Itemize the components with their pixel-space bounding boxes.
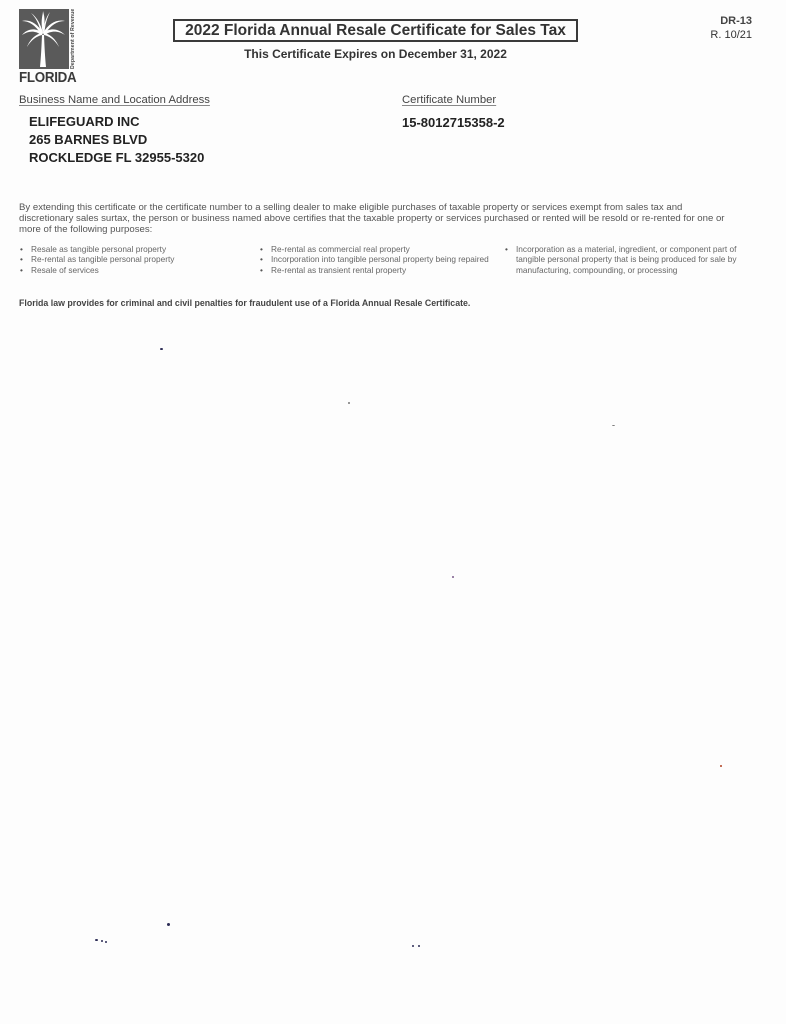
- scan-speck: [412, 945, 414, 947]
- florida-wordmark: FLORIDA: [19, 70, 74, 86]
- certificate-page: Department of Revenue FLORIDA 2022 Flori…: [0, 0, 786, 1024]
- scan-speck: [167, 923, 170, 926]
- scan-speck: [105, 941, 107, 943]
- scan-speck: [95, 939, 98, 941]
- certification-statement: By extending this certificate or the cer…: [19, 202, 739, 236]
- florida-dor-logo: Department of Revenue FLORIDA: [19, 9, 79, 87]
- certificate-title: 2022 Florida Annual Resale Certificate f…: [185, 22, 566, 40]
- purposes-list-column-2: Re-rental as commercial real property In…: [259, 244, 499, 275]
- scan-speck: [612, 425, 615, 426]
- scan-speck: [452, 576, 454, 578]
- purpose-item: Incorporation as a material, ingredient,…: [504, 244, 744, 275]
- fraud-penalty-warning: Florida law provides for criminal and ci…: [19, 298, 470, 308]
- scan-speck: [720, 765, 722, 767]
- palm-tree-icon: [19, 9, 69, 69]
- scan-speck: [418, 945, 420, 947]
- purpose-item: Re-rental as commercial real property: [259, 244, 499, 254]
- purpose-item: Incorporation into tangible personal pro…: [259, 254, 499, 264]
- purpose-item: Re-rental as tangible personal property: [19, 254, 249, 264]
- scan-speck: [160, 348, 163, 350]
- form-number: DR-13: [710, 14, 752, 28]
- purpose-item: Resale of services: [19, 265, 249, 275]
- scan-speck: [101, 940, 103, 942]
- form-revision: R. 10/21: [710, 28, 752, 42]
- business-city-state-zip: ROCKLEDGE FL 32955-5320: [29, 149, 204, 167]
- scan-speck: [348, 402, 350, 404]
- purpose-item: Re-rental as transient rental property: [259, 265, 499, 275]
- business-address: ELIFEGUARD INC 265 BARNES BLVD ROCKLEDGE…: [29, 113, 204, 167]
- expiration-notice: This Certificate Expires on December 31,…: [173, 47, 578, 61]
- business-name: ELIFEGUARD INC: [29, 113, 204, 131]
- certificate-number: 15-8012715358-2: [402, 115, 505, 130]
- business-address-label: Business Name and Location Address: [19, 94, 210, 106]
- business-street: 265 BARNES BLVD: [29, 131, 204, 149]
- certificate-title-box: 2022 Florida Annual Resale Certificate f…: [173, 19, 578, 42]
- certificate-number-label: Certificate Number: [402, 94, 496, 106]
- form-identifier: DR-13 R. 10/21: [710, 14, 752, 42]
- purposes-list-column-3: Incorporation as a material, ingredient,…: [504, 244, 744, 275]
- purposes-list-column-1: Resale as tangible personal property Re-…: [19, 244, 249, 275]
- purpose-item: Resale as tangible personal property: [19, 244, 249, 254]
- department-of-revenue-text: Department of Revenue: [69, 9, 78, 69]
